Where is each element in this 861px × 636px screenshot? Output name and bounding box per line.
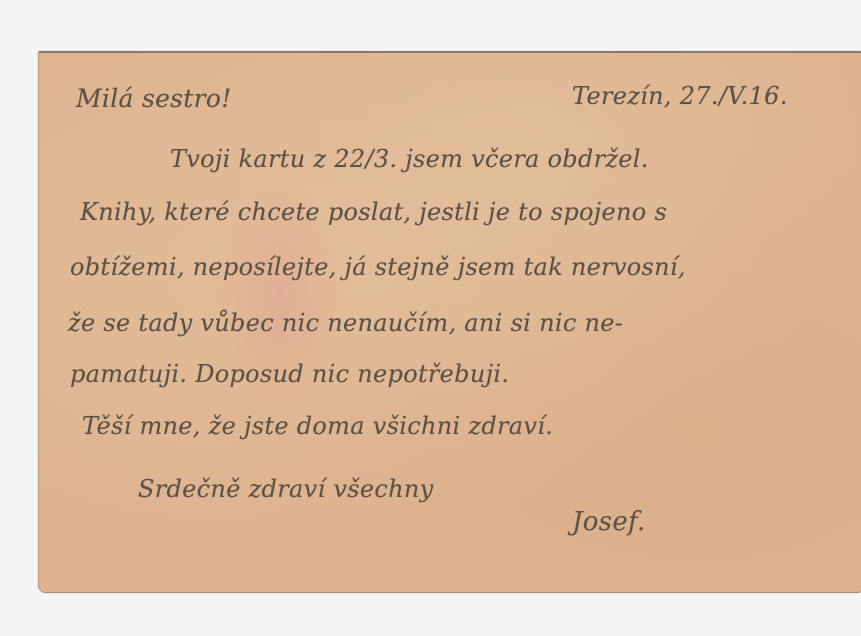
signature: Josef. xyxy=(572,507,646,537)
scanned-postcard: Milá sestro! Terezín, 27./V.16. Tvoji ka… xyxy=(0,0,861,636)
body-line-3: obtížemi, neposílejte, já stejně jsem ta… xyxy=(70,253,686,281)
place-and-date: Terezín, 27./V.16. xyxy=(572,82,788,110)
salutation: Milá sestro! xyxy=(76,84,232,113)
body-line-5: pamatuji. Doposud nic nepotřebuji. xyxy=(70,360,509,388)
closing-line: Srdečně zdraví všechny xyxy=(138,475,433,503)
body-line-2: Knihy, které chcete poslat, jestli je to… xyxy=(80,198,667,226)
body-line-1: Tvoji kartu z 22/3. jsem včera obdržel. xyxy=(170,145,649,173)
body-line-4: že se tady vůbec nic nenaučím, ani si ni… xyxy=(68,309,623,337)
body-line-6: Těší mne, že jste doma všichni zdraví. xyxy=(82,412,553,440)
